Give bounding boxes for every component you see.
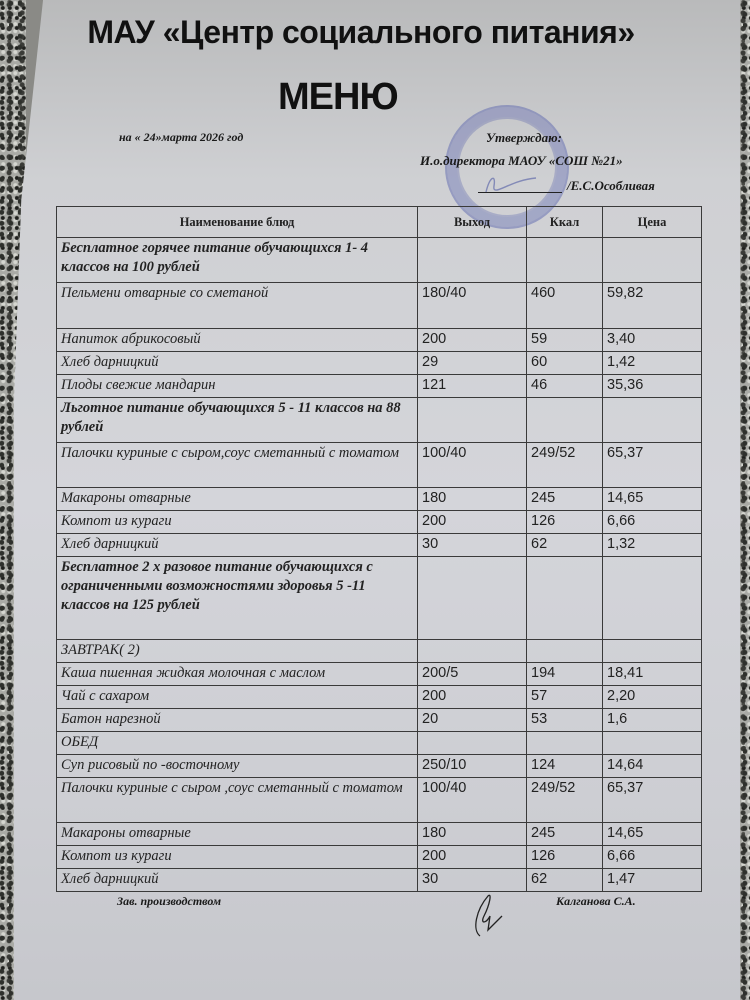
kcal-cell: 245	[527, 823, 603, 846]
price-cell: 1,6	[603, 709, 702, 732]
column-header-dish: Наименование блюд	[57, 207, 418, 238]
yield-cell	[418, 557, 527, 640]
yield-cell: 180	[418, 823, 527, 846]
price-cell: 65,37	[603, 443, 702, 488]
kcal-cell: 62	[527, 534, 603, 557]
yield-cell: 121	[418, 375, 527, 398]
kcal-cell: 245	[527, 488, 603, 511]
menu-table-body: Бесплатное горячее питание обучающихся 1…	[57, 238, 702, 892]
table-row: Хлеб дарницкий30621,47	[57, 869, 702, 892]
price-cell	[603, 398, 702, 443]
price-cell: 1,32	[603, 534, 702, 557]
yield-cell: 30	[418, 869, 527, 892]
organization-title: МАУ «Центр социального питания»	[0, 14, 736, 51]
table-header-row: Наименование блюд Выход Ккал Цена	[57, 207, 702, 238]
dish-name-cell: Напиток абрикосовый	[57, 329, 418, 352]
dish-name-cell: Компот из кураги	[57, 846, 418, 869]
section-header-row: Бесплатное 2 х разовое питание обучающих…	[57, 557, 702, 640]
dish-name-cell: Хлеб дарницкий	[57, 869, 418, 892]
subsection-row: ЗАВТРАК( 2)	[57, 640, 702, 663]
dish-name-cell: Суп рисовый по -восточному	[57, 755, 418, 778]
table-row: Палочки куриные с сыром,соус сметанный с…	[57, 443, 702, 488]
column-header-yield: Выход	[418, 207, 527, 238]
kcal-cell	[527, 238, 603, 283]
kcal-cell: 62	[527, 869, 603, 892]
kcal-cell	[527, 557, 603, 640]
column-header-price: Цена	[603, 207, 702, 238]
price-cell: 14,64	[603, 755, 702, 778]
price-cell: 59,82	[603, 283, 702, 329]
dish-name-cell: ОБЕД	[57, 732, 418, 755]
kcal-cell: 53	[527, 709, 603, 732]
yield-cell: 100/40	[418, 778, 527, 823]
table-row: Чай с сахаром200572,20	[57, 686, 702, 709]
price-cell	[603, 238, 702, 283]
price-cell	[603, 732, 702, 755]
price-cell: 1,42	[603, 352, 702, 375]
yield-cell: 250/10	[418, 755, 527, 778]
dish-name-cell: Макароны отварные	[57, 823, 418, 846]
price-cell	[603, 557, 702, 640]
menu-table: Наименование блюд Выход Ккал Цена Беспла…	[56, 206, 702, 892]
kcal-cell: 460	[527, 283, 603, 329]
yield-cell: 200/5	[418, 663, 527, 686]
table-row: Батон нарезной20531,6	[57, 709, 702, 732]
kcal-cell: 249/52	[527, 443, 603, 488]
dish-name-cell: Батон нарезной	[57, 709, 418, 732]
dish-name-cell: Каша пшенная жидкая молочная с маслом	[57, 663, 418, 686]
approval-label: Утверждаю:	[486, 130, 562, 146]
table-row: Хлеб дарницкий29601,42	[57, 352, 702, 375]
dish-name-cell: Бесплатное 2 х разовое питание обучающих…	[57, 557, 418, 640]
dish-name-cell: Палочки куриные с сыром ,соус сметанный …	[57, 778, 418, 823]
table-row: Палочки куриные с сыром ,соус сметанный …	[57, 778, 702, 823]
manager-signature-icon	[458, 890, 528, 940]
dish-name-cell: Хлеб дарницкий	[57, 352, 418, 375]
yield-cell: 200	[418, 329, 527, 352]
yield-cell: 180	[418, 488, 527, 511]
kcal-cell	[527, 398, 603, 443]
table-row: Пельмени отварные со сметаной180/4046059…	[57, 283, 702, 329]
approval-name: /Е.С.Особливая	[567, 178, 655, 194]
yield-cell	[418, 640, 527, 663]
kcal-cell: 126	[527, 846, 603, 869]
price-cell: 35,36	[603, 375, 702, 398]
approval-position: И.о.директора МАОУ «СОШ №21»	[420, 153, 623, 169]
price-cell: 6,66	[603, 511, 702, 534]
dish-name-cell: Пельмени отварные со сметаной	[57, 283, 418, 329]
kcal-cell: 46	[527, 375, 603, 398]
section-header-row: Бесплатное горячее питание обучающихся 1…	[57, 238, 702, 283]
kcal-cell: 57	[527, 686, 603, 709]
dish-name-cell: Палочки куриные с сыром,соус сметанный с…	[57, 443, 418, 488]
price-cell: 65,37	[603, 778, 702, 823]
table-row: Макароны отварные18024514,65	[57, 488, 702, 511]
dish-name-cell: Хлеб дарницкий	[57, 534, 418, 557]
kcal-cell: 249/52	[527, 778, 603, 823]
yield-cell: 200	[418, 846, 527, 869]
section-header-row: Льготное питание обучающихся 5 - 11 клас…	[57, 398, 702, 443]
table-row: Компот из кураги2001266,66	[57, 846, 702, 869]
kcal-cell: 126	[527, 511, 603, 534]
footer-name: Калганова С.А.	[556, 894, 636, 909]
dish-name-cell: Макароны отварные	[57, 488, 418, 511]
yield-cell: 30	[418, 534, 527, 557]
price-cell	[603, 640, 702, 663]
table-row: Напиток абрикосовый200593,40	[57, 329, 702, 352]
kcal-cell: 194	[527, 663, 603, 686]
dish-name-cell: ЗАВТРАК( 2)	[57, 640, 418, 663]
dish-name-cell: Бесплатное горячее питание обучающихся 1…	[57, 238, 418, 283]
dish-name-cell: Льготное питание обучающихся 5 - 11 клас…	[57, 398, 418, 443]
yield-cell	[418, 398, 527, 443]
yield-cell: 100/40	[418, 443, 527, 488]
footer-position: Зав. производством	[117, 894, 221, 909]
signature-line	[478, 192, 562, 193]
yield-cell	[418, 238, 527, 283]
table-row: Компот из кураги2001266,66	[57, 511, 702, 534]
price-cell: 1,47	[603, 869, 702, 892]
price-cell: 14,65	[603, 488, 702, 511]
kcal-cell	[527, 640, 603, 663]
document-title: МЕНЮ	[278, 76, 398, 119]
kcal-cell: 124	[527, 755, 603, 778]
yield-cell	[418, 732, 527, 755]
yield-cell: 200	[418, 686, 527, 709]
kcal-cell	[527, 732, 603, 755]
yield-cell: 200	[418, 511, 527, 534]
menu-date: на « 24»марта 2026 год	[119, 130, 243, 145]
price-cell: 18,41	[603, 663, 702, 686]
table-row: Макароны отварные18024514,65	[57, 823, 702, 846]
yield-cell: 20	[418, 709, 527, 732]
table-row: Плоды свежие мандарин1214635,36	[57, 375, 702, 398]
price-cell: 6,66	[603, 846, 702, 869]
price-cell: 3,40	[603, 329, 702, 352]
yield-cell: 29	[418, 352, 527, 375]
kcal-cell: 60	[527, 352, 603, 375]
table-row: Суп рисовый по -восточному250/1012414,64	[57, 755, 702, 778]
kcal-cell: 59	[527, 329, 603, 352]
table-row: Хлеб дарницкий30621,32	[57, 534, 702, 557]
price-cell: 2,20	[603, 686, 702, 709]
dish-name-cell: Плоды свежие мандарин	[57, 375, 418, 398]
dish-name-cell: Чай с сахаром	[57, 686, 418, 709]
dish-name-cell: Компот из кураги	[57, 511, 418, 534]
column-header-kcal: Ккал	[527, 207, 603, 238]
subsection-row: ОБЕД	[57, 732, 702, 755]
yield-cell: 180/40	[418, 283, 527, 329]
table-row: Каша пшенная жидкая молочная с маслом200…	[57, 663, 702, 686]
price-cell: 14,65	[603, 823, 702, 846]
